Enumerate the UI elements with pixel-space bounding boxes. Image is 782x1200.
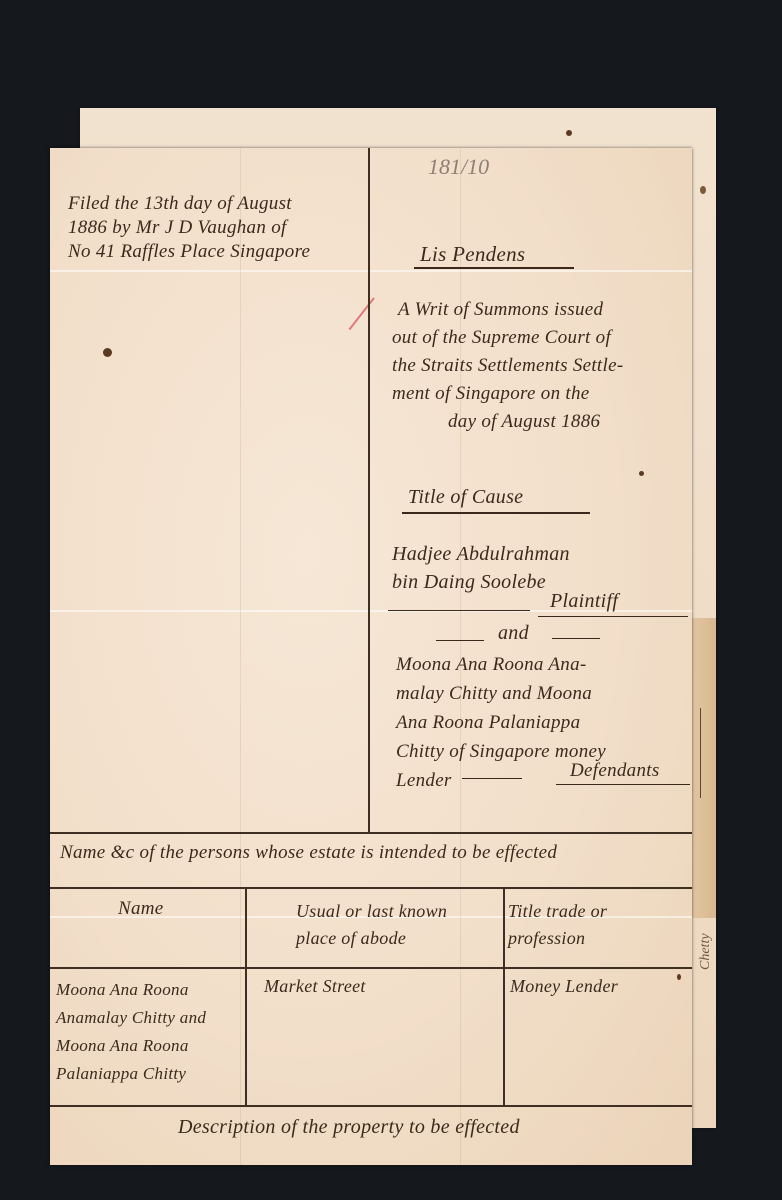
defendant-name-line: Ana Roona Palaniappa bbox=[396, 708, 606, 737]
side-annotation: Chetty bbox=[698, 933, 714, 970]
plaintiff-name-line: Hadjee Abdulrahman bbox=[392, 540, 570, 568]
and-rule-right bbox=[552, 638, 600, 639]
conjunction-and: and bbox=[498, 622, 529, 645]
table-column-divider bbox=[245, 887, 247, 1107]
table-row-abode: Market Street bbox=[264, 976, 366, 997]
writ-line: out of the Supreme Court of bbox=[392, 324, 623, 352]
table-header-abode: Usual or last known place of abode bbox=[296, 898, 447, 952]
table-bottom-rule bbox=[50, 1105, 692, 1107]
red-pencil-mark bbox=[349, 297, 375, 330]
and-rule-left bbox=[436, 640, 484, 641]
row-name-line: Palaniappa Chitty bbox=[56, 1060, 206, 1088]
row-name-line: Anamalay Chitty and bbox=[56, 1004, 206, 1032]
filing-note-line: Filed the 13th day of August bbox=[68, 192, 310, 216]
ink-spot bbox=[566, 130, 572, 136]
defendants-role-underline bbox=[556, 784, 690, 785]
margin-stroke bbox=[700, 708, 701, 798]
row-name-line: Moona Ana Roona bbox=[56, 1032, 206, 1060]
section-rule bbox=[50, 832, 692, 834]
table-row-name: Moona Ana Roona Anamalay Chitty and Moon… bbox=[56, 976, 206, 1088]
filing-note-line: No 41 Raffles Place Singapore bbox=[68, 240, 310, 264]
defendant-rule bbox=[462, 778, 522, 779]
reference-number: 181/10 bbox=[428, 154, 489, 180]
front-sheet: Filed the 13th day of August 1886 by Mr … bbox=[50, 148, 692, 1165]
paper-fold-vertical bbox=[240, 148, 241, 1165]
defendant-name-line: malay Chitty and Moona bbox=[396, 679, 606, 708]
table-header-profession: Title trade or profession bbox=[508, 898, 607, 952]
ink-spot bbox=[639, 471, 644, 476]
table-column-divider bbox=[503, 887, 505, 1107]
heading-underline bbox=[402, 512, 590, 514]
plaintiff-name: Hadjee Abdulrahman bin Daing Soolebe bbox=[392, 540, 570, 596]
plaintiff-role-underline bbox=[538, 616, 688, 617]
lis-pendens-heading: Lis Pendens bbox=[420, 242, 525, 267]
column-divider bbox=[368, 148, 370, 832]
table-header-rule bbox=[50, 967, 692, 969]
table-row-profession: Money Lender bbox=[510, 976, 618, 997]
header-line: profession bbox=[508, 925, 607, 952]
writ-line: ment of Singapore on the bbox=[392, 380, 623, 408]
writ-line: the Straits Settlements Settle- bbox=[392, 352, 623, 380]
plaintiff-rule bbox=[388, 610, 530, 611]
plaintiff-name-line: bin Daing Soolebe bbox=[392, 568, 570, 596]
defendant-name-line: Moona Ana Roona Ana- bbox=[396, 650, 606, 679]
ink-spot bbox=[103, 348, 112, 357]
property-heading: Description of the property to be effect… bbox=[178, 1116, 520, 1139]
filing-note-line: 1886 by Mr J D Vaughan of bbox=[68, 216, 310, 240]
table-header-name: Name bbox=[118, 898, 164, 920]
writ-text: A Writ of Summons issued out of the Supr… bbox=[392, 296, 623, 436]
row-name-line: Moona Ana Roona bbox=[56, 976, 206, 1004]
plaintiff-role: Plaintiff bbox=[550, 590, 618, 613]
heading-underline bbox=[414, 267, 574, 269]
writ-line: A Writ of Summons issued bbox=[392, 296, 623, 324]
header-line: Usual or last known bbox=[296, 898, 447, 925]
persons-heading: Name &c of the persons whose estate is i… bbox=[60, 842, 557, 864]
paper-fold bbox=[50, 270, 692, 272]
header-line: place of abode bbox=[296, 925, 447, 952]
defendants-role: Defendants bbox=[570, 760, 660, 782]
title-of-cause-heading: Title of Cause bbox=[408, 486, 523, 509]
writ-line: day of August 1886 bbox=[392, 408, 623, 436]
header-line: Title trade or bbox=[508, 898, 607, 925]
back-sheet-stained-edge bbox=[692, 618, 716, 918]
ink-spot bbox=[677, 974, 681, 980]
ink-spot bbox=[700, 186, 706, 194]
section-rule bbox=[50, 887, 692, 889]
filing-note: Filed the 13th day of August 1886 by Mr … bbox=[68, 192, 310, 264]
